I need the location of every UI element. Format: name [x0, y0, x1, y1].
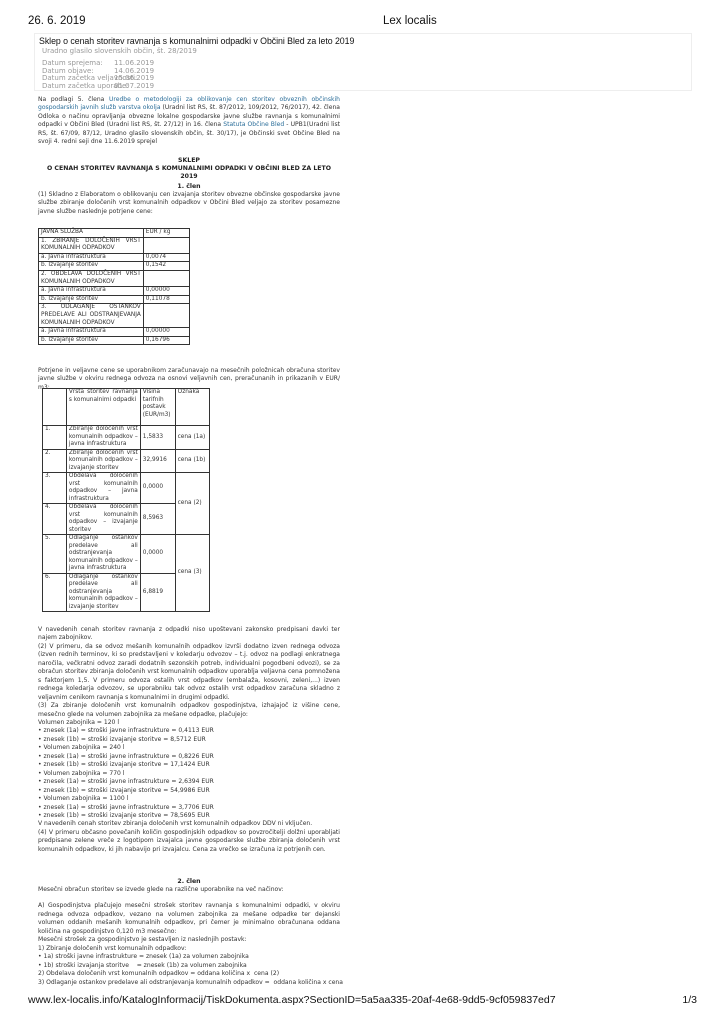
- article-1-para-5: (3) Za zbiranje določenih vrst komunalni…: [38, 702, 340, 719]
- article-1-body: V navedenih cenah storitev ravnanja z od…: [38, 626, 340, 854]
- monthly-cost-items: Mesečni strošek za gospodinjstvo je sest…: [38, 936, 340, 987]
- price-cell: [143, 237, 189, 253]
- service-cell: a. Javna infrastruktura: [39, 287, 144, 296]
- preamble: Na podlagi 5. člena Uredbe o metodologij…: [38, 96, 340, 147]
- price-cell: 0,00000: [143, 328, 189, 337]
- article-1-para-1: (1) Skladno z Elaboratom o oblikovanju c…: [38, 191, 340, 216]
- table-header-row: Vrsta storitev ravnanja s komunalnimi od…: [43, 389, 210, 426]
- column-header: Vrsta storitev ravnanja s komunalnimi od…: [66, 389, 140, 426]
- document-info-box: Sklep o cenah storitev ravnanja s komuna…: [34, 33, 692, 91]
- service-cell: 1. ZBIRANJE DOLOČENIH VRST KOMUNALNIH OD…: [39, 237, 144, 253]
- list-item: • Volumen zabojnika = 240 l: [38, 744, 340, 752]
- table-row: JAVNA SLUŽBAEUR / kg: [39, 229, 190, 238]
- service-description: Zbiranje določenih vrst komunalnih odpad…: [66, 449, 140, 473]
- list-item: • 1a) stroški javne infrastrukture = zne…: [38, 953, 340, 961]
- list-item: • znesek (1b) = stroški izvajanje storit…: [38, 736, 340, 744]
- price-cell: 0,00000: [143, 287, 189, 296]
- list-item: 2) Obdelava določenih vrst komunalnih od…: [38, 970, 340, 978]
- price-cell: [143, 270, 189, 286]
- price-cell: [143, 304, 189, 328]
- list-item: • znesek (1a) = stroški javne infrastruk…: [38, 753, 340, 761]
- row-number: 2.: [43, 449, 67, 473]
- table-row: 1. ZBIRANJE DOLOČENIH VRST KOMUNALNIH OD…: [39, 237, 190, 253]
- table-row: 5.Odlaganje ostankov predelave ali odstr…: [43, 535, 210, 574]
- list-item: • znesek (1a) = stroški javne infrastruk…: [38, 727, 340, 735]
- service-description: Odlaganje ostankov predelave ali odstran…: [66, 535, 140, 574]
- price-code: cena (2): [175, 473, 209, 535]
- decision-title: SKLEP O CENAH STORITEV RAVNANJA S KOMUNA…: [38, 157, 340, 181]
- table-row: a. Javna infrastruktura0,0074: [39, 253, 190, 262]
- service-description: Obdelava določenih vrst komunalnih odpad…: [66, 473, 140, 504]
- print-header: 26. 6. 2019 Lex localis: [28, 15, 697, 29]
- list-item: • znesek (1a) = stroški javne infrastruk…: [38, 778, 340, 786]
- list-item: • znesek (1a) = stroški javne infrastruk…: [38, 804, 340, 812]
- article-1-para-7: (4) V primeru občasno povečanih količin …: [38, 829, 340, 854]
- table-row: a. Javna infrastruktura0,00000: [39, 287, 190, 296]
- gazette-reference: Uradno glasilo slovenskih občin, št. 28/…: [42, 47, 197, 55]
- volume-price-list: Volumen zabojnika = 120 l• znesek (1a) =…: [38, 719, 340, 820]
- article-2-para-1: Mesečni obračun storitev se izvede glede…: [38, 886, 340, 894]
- document-title: Sklep o cenah storitev ravnanja s komuna…: [39, 36, 354, 46]
- table-row: a. Javna infrastruktura0,00000: [39, 328, 190, 337]
- tariff-value: 0,0000: [140, 473, 175, 504]
- table-row: 1.Zbiranje določenih vrst komunalnih odp…: [43, 426, 210, 450]
- list-item: • Volumen zabojnika = 1100 l: [38, 795, 340, 803]
- document-url[interactable]: www.lex-localis.info/KatalogInformacij/T…: [28, 994, 556, 1006]
- price-cell: EUR / kg: [143, 229, 189, 238]
- service-description: Odlaganje ostankov predelave ali odstran…: [66, 573, 140, 612]
- row-number: 4.: [43, 504, 67, 535]
- service-cell: a. Javna infrastruktura: [39, 253, 144, 262]
- tariff-value: 1,5833: [140, 426, 175, 450]
- row-number: 1.: [43, 426, 67, 450]
- article-1-para-6: V navedenih cenah storitev zbiranja dolo…: [38, 820, 340, 828]
- decision-title-line1: SKLEP: [38, 157, 340, 165]
- article-1-para-4: (2) V primeru, da se odvoz mešanih komun…: [38, 643, 340, 702]
- print-date: 26. 6. 2019: [28, 15, 86, 27]
- service-cell: JAVNA SLUŽBA: [39, 229, 144, 238]
- price-table-kg: JAVNA SLUŽBAEUR / kg1. ZBIRANJE DOLOČENI…: [38, 228, 190, 345]
- statut-link[interactable]: Statuta Občine Bled: [223, 121, 284, 128]
- price-code: cena (3): [175, 535, 209, 612]
- list-item: Mesečni strošek za gospodinjstvo je sest…: [38, 936, 340, 944]
- table-row: b. Izvajanje storitev0,1542: [39, 262, 190, 271]
- meta-value: 01.07.2019: [114, 83, 154, 91]
- price-cell: 0,1542: [143, 262, 189, 271]
- article-2-para-2: A) Gospodinjstva plačujejo mesečni stroš…: [38, 902, 340, 936]
- table-row: 2.Zbiranje določenih vrst komunalnih odp…: [43, 449, 210, 473]
- decision-title-line2: O CENAH STORITEV RAVNANJA S KOMUNALNIMI …: [38, 165, 340, 181]
- row-number: 6.: [43, 573, 67, 612]
- service-description: Obdelava določenih vrst komunalnih odpad…: [66, 504, 140, 535]
- service-cell: b. Izvajanje storitev: [39, 295, 144, 304]
- table-row: b. Izvajanje storitev0,16796: [39, 336, 190, 345]
- service-cell: 3. ODLAGANJE OSTANKOV PREDELAVE ALI ODST…: [39, 304, 144, 328]
- list-item: • znesek (1b) = stroški izvajanje storit…: [38, 761, 340, 769]
- article-1-para-3: V navedenih cenah storitev ravnanja z od…: [38, 626, 340, 643]
- column-header: Višina tarifnih postavk (EUR/m3): [140, 389, 175, 426]
- price-code: cena (1a): [175, 426, 209, 450]
- list-item: • 1b) stroški izvajanja storitve = znese…: [38, 962, 340, 970]
- service-cell: b. Izvajanje storitev: [39, 336, 144, 345]
- service-cell: 2. OBDELAVA DOLOČENIH VRST KOMUNALNIH OD…: [39, 270, 144, 286]
- column-header: [43, 389, 67, 426]
- table-row: 2. OBDELAVA DOLOČENIH VRST KOMUNALNIH OD…: [39, 270, 190, 286]
- row-number: 3.: [43, 473, 67, 504]
- price-cell: 0,0074: [143, 253, 189, 262]
- article-1-heading: 1. člen: [38, 183, 340, 191]
- list-item: • znesek (1b) = stroški izvajanje storit…: [38, 787, 340, 795]
- print-site-name: Lex localis: [383, 15, 437, 27]
- price-cell: 0,16796: [143, 336, 189, 345]
- price-cell: 0,11078: [143, 295, 189, 304]
- tariff-value: 8,5963: [140, 504, 175, 535]
- price-code: cena (1b): [175, 449, 209, 473]
- table-row: b. Izvajanje storitev0,11078: [39, 295, 190, 304]
- column-header: Oznaka: [175, 389, 209, 426]
- service-cell: a. Javna infrastruktura: [39, 328, 144, 337]
- table-row: 3.Obdelava določenih vrst komunalnih odp…: [43, 473, 210, 504]
- article-2-heading: 2. člen: [38, 878, 340, 886]
- tariff-value: 0,0000: [140, 535, 175, 574]
- table-row: 3. ODLAGANJE OSTANKOV PREDELAVE ALI ODST…: [39, 304, 190, 328]
- article-2-body: Mesečni obračun storitev se izvede glede…: [38, 886, 340, 987]
- tariff-value: 6,8819: [140, 573, 175, 612]
- tariff-value: 32,9916: [140, 449, 175, 473]
- service-cell: b. Izvajanje storitev: [39, 262, 144, 271]
- list-item: 1) Zbiranje določenih vrst komunalnih od…: [38, 945, 340, 953]
- row-number: 5.: [43, 535, 67, 574]
- price-table-m3: Vrsta storitev ravnanja s komunalnimi od…: [42, 388, 210, 612]
- preamble-text: Na podlagi 5. člena: [38, 96, 109, 103]
- list-item: 3) Odlaganje ostankov predelave ali odst…: [38, 979, 340, 987]
- list-item: • Volumen zabojnika = 770 l: [38, 770, 340, 778]
- service-description: Zbiranje določenih vrst komunalnih odpad…: [66, 426, 140, 450]
- page-number: 1/3: [682, 994, 697, 1006]
